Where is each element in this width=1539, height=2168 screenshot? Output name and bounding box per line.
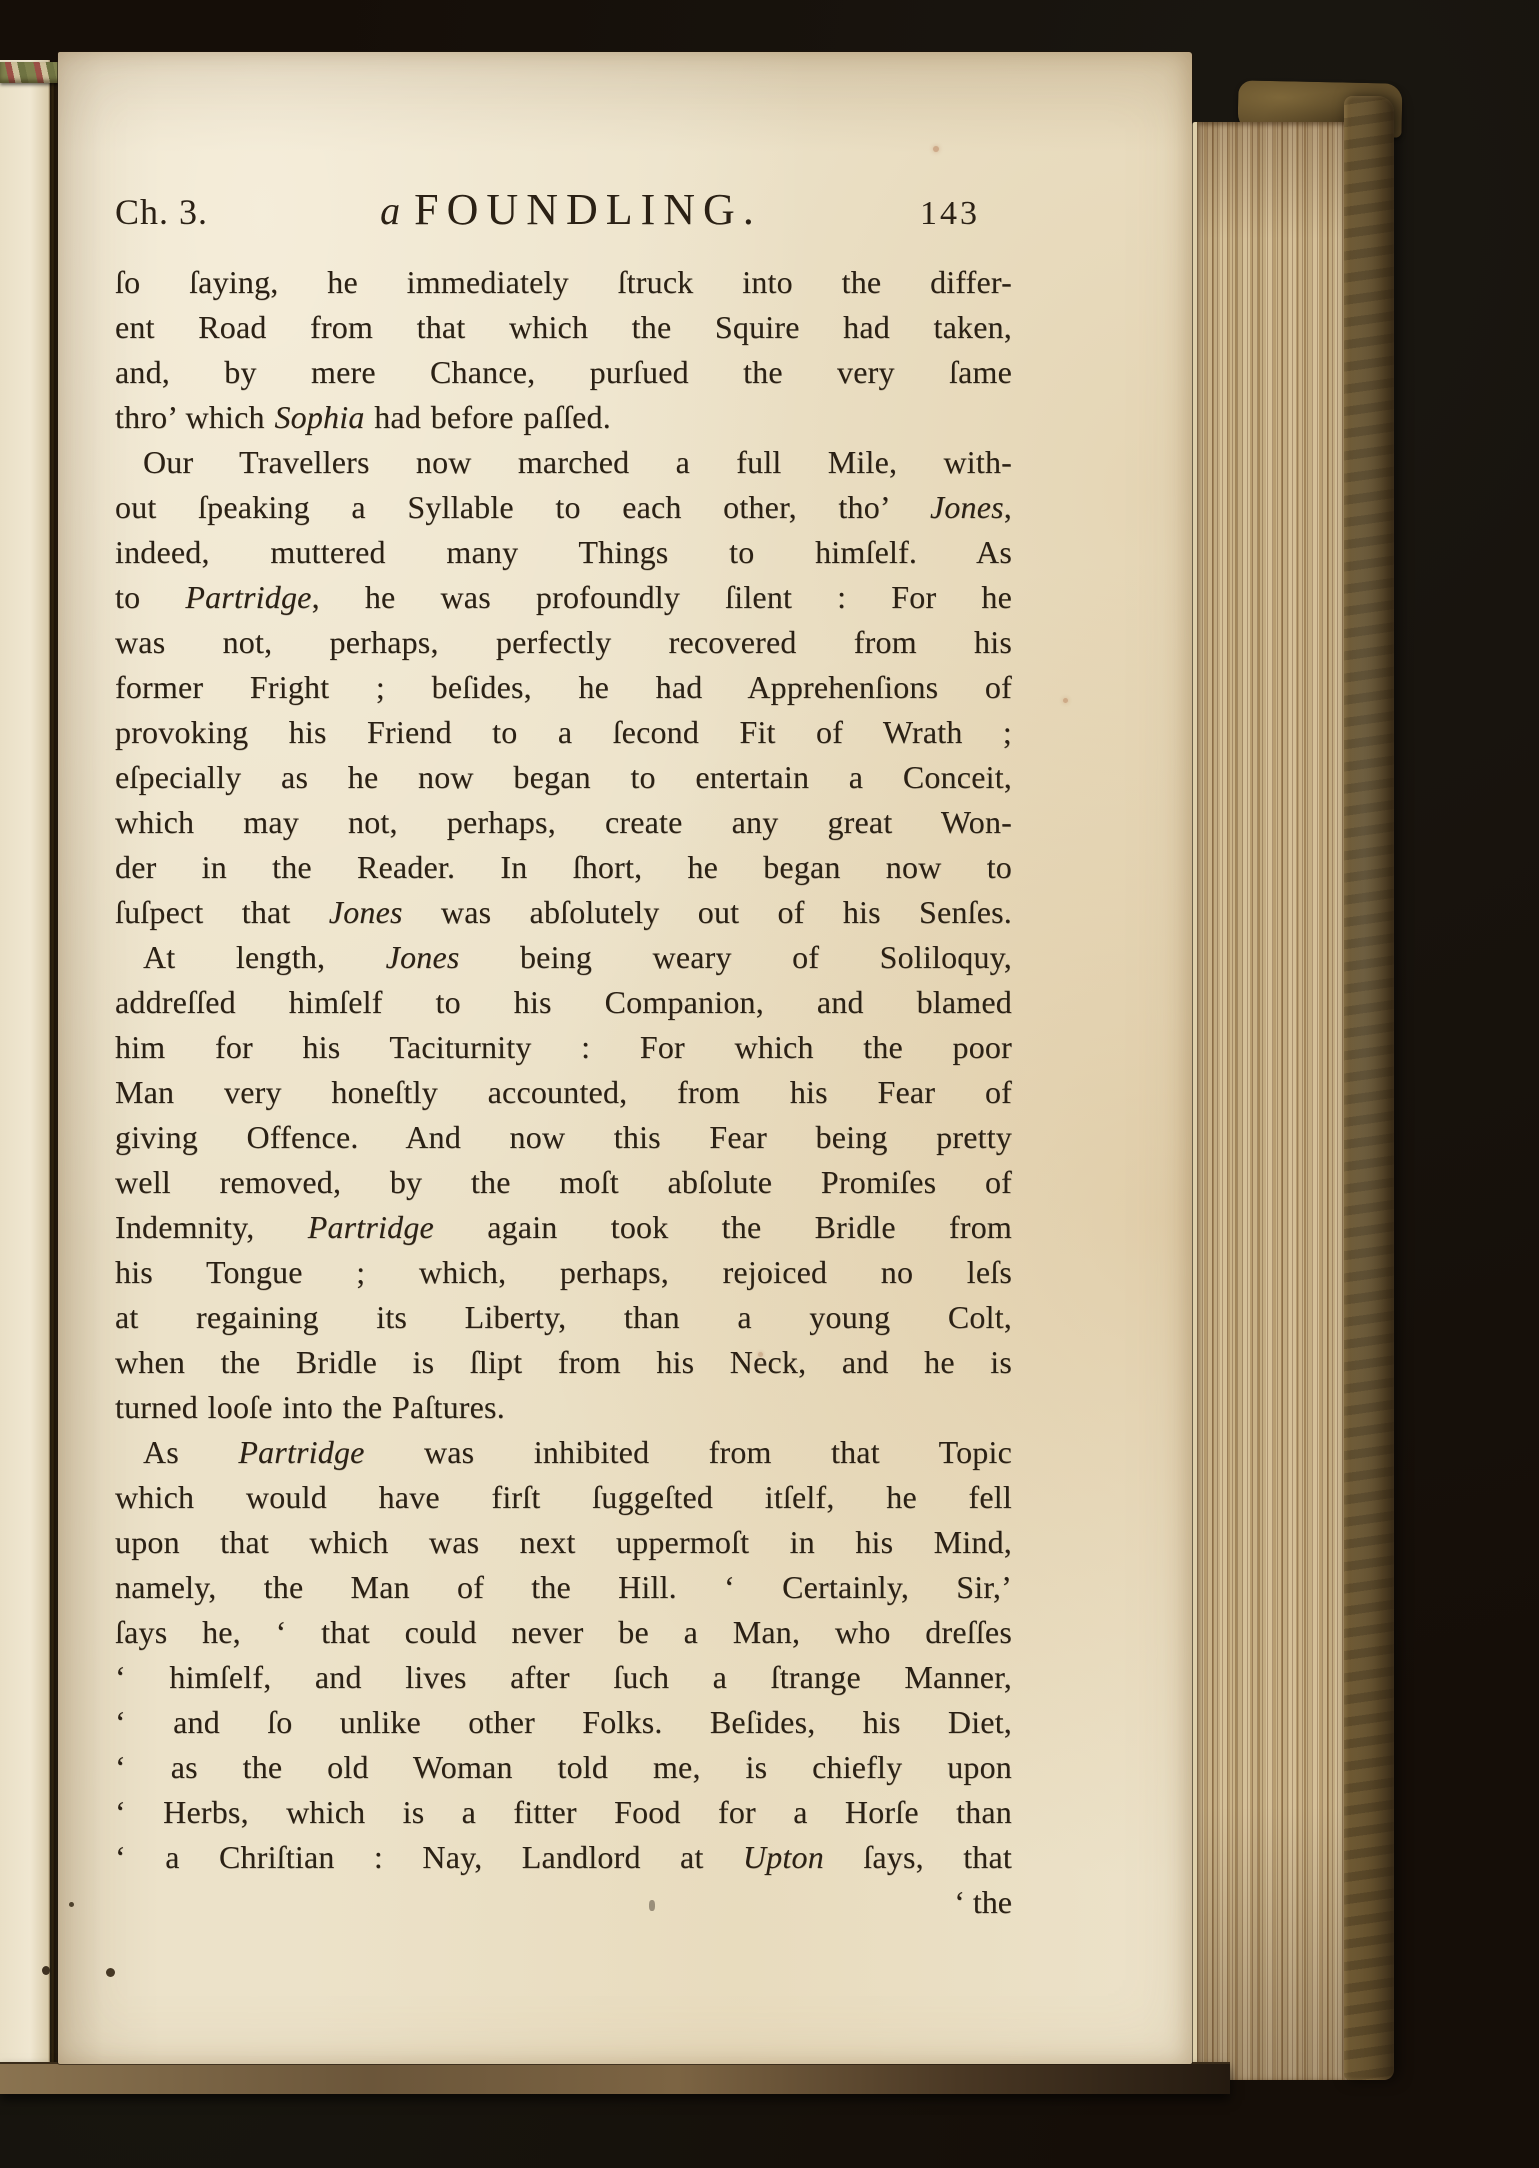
text-line: former Fright ; beſides, he had Apprehen… [115, 665, 1012, 710]
text-line: Man very honeſtly accounted, from his Fe… [115, 1070, 1012, 1115]
text-line: Our Travellers now marched a full Mile, … [115, 440, 1012, 485]
text-segment: Our Travellers now marched a full Mile, … [143, 444, 1012, 480]
wormhole [42, 1966, 50, 1975]
text-segment: at regaining its Liberty, than a young C… [115, 1299, 1012, 1335]
paragraph: ſo ſaying, he immediately ſtruck into th… [115, 260, 1012, 440]
text-segment: , [1004, 489, 1012, 525]
text-line: was not, perhaps, perfectly recovered fr… [115, 620, 1012, 665]
text-line: ſays he, ‘ that could never be a Man, wh… [115, 1610, 1012, 1655]
italic-text: Jones [930, 489, 1004, 525]
text-line: his Tongue ; which, perhaps, rejoiced no… [115, 1250, 1012, 1295]
gutter-shadow [49, 64, 58, 2064]
text-segment: had before paſſed. [365, 399, 611, 435]
text-line: indeed, muttered many Things to himſelf.… [115, 530, 1012, 575]
text-line: ‘ and ſo unlike other Folks. Beſides, hi… [115, 1700, 1012, 1745]
text-line: which may not, perhaps, create any great… [115, 800, 1012, 845]
text-segment: ſays he, ‘ that could never be a Man, wh… [115, 1614, 1012, 1650]
text-segment: ‘ himſelf, and lives after ſuch a ſtrang… [115, 1659, 1012, 1695]
chapter-label: Ch. 3. [115, 191, 208, 233]
text-segment: As [143, 1434, 238, 1470]
text-line: giving Offence. And now this Fear being … [115, 1115, 1012, 1160]
text-segment: eſpecially as he now began to entertain … [115, 759, 1012, 795]
text-segment: was inhibited from that Topic [365, 1434, 1012, 1470]
italic-text: Partridge [238, 1434, 364, 1470]
body-text: ſo ſaying, he immediately ſtruck into th… [115, 260, 1012, 1925]
cover-edge [1344, 96, 1394, 2080]
text-segment: was not, perhaps, perfectly recovered fr… [115, 624, 1012, 660]
text-segment: giving Offence. And now this Fear being … [115, 1119, 1012, 1155]
facing-page-sliver [0, 60, 50, 2064]
text-segment: namely, the Man of the Hill. ‘ Certainly… [115, 1569, 1012, 1605]
page-number: 143 [920, 195, 980, 233]
text-segment: indeed, muttered many Things to himſelf.… [115, 534, 1012, 570]
paragraph: At length, Jones being weary of Soliloqu… [115, 935, 1012, 1430]
text-segment: was abſolutely out of his Senſes. [403, 894, 1012, 930]
text-line: ſo ſaying, he immediately ſtruck into th… [115, 260, 1012, 305]
text-line: provoking his Friend to a ſecond Fit of … [115, 710, 1012, 755]
running-title-prefix: a [380, 188, 400, 233]
italic-text: Sophia [274, 399, 364, 435]
text-line: out ſpeaking a Syllable to each other, t… [115, 485, 1012, 530]
text-segment: to [115, 579, 185, 615]
text-segment: Man very honeſtly accounted, from his Fe… [115, 1074, 1012, 1110]
text-line: which would have firſt ſuggeſted itſelf,… [115, 1475, 1012, 1520]
text-line: ‘ himſelf, and lives after ſuch a ſtrang… [115, 1655, 1012, 1700]
text-segment: ſays, that [824, 1839, 1012, 1875]
text-segment: ‘ and ſo unlike other Folks. Beſides, hi… [115, 1704, 1012, 1740]
text-line: ent Road from that which the Squire had … [115, 305, 1012, 350]
text-line: As Partridge was inhibited from that Top… [115, 1430, 1012, 1475]
text-segment: which would have firſt ſuggeſted itſelf,… [115, 1479, 1012, 1515]
page-header: Ch. 3. aFOUNDLING. 143 [115, 184, 1012, 235]
text-line: ‘ a Chriſtian : Nay, Landlord at Upton ſ… [115, 1835, 1012, 1880]
text-line: turned looſe into the Paſtures. [115, 1385, 1012, 1430]
text-line: thro’ which Sophia had before paſſed. [115, 395, 1012, 440]
text-line: upon that which was next uppermoſt in hi… [115, 1520, 1012, 1565]
fore-edge-pages [1192, 122, 1349, 2080]
text-segment: thro’ which [115, 399, 274, 435]
text-line: to Partridge, he was profoundly ſilent :… [115, 575, 1012, 620]
running-title: aFOUNDLING. [380, 184, 762, 235]
text-segment: ſuſpect that [115, 894, 329, 930]
paragraph: Our Travellers now marched a full Mile, … [115, 440, 1012, 935]
text-line: At length, Jones being weary of Soliloqu… [115, 935, 1012, 980]
bottom-page-edges [0, 2062, 1230, 2094]
text-segment: which may not, perhaps, create any great… [115, 804, 1012, 840]
text-segment: addreſſed himſelf to his Companion, and … [115, 984, 1012, 1020]
text-segment: his Tongue ; which, perhaps, rejoiced no… [115, 1254, 1012, 1290]
text-line: addreſſed himſelf to his Companion, and … [115, 980, 1012, 1025]
foxing-spot [758, 1352, 763, 1357]
italic-text: Partridge [308, 1209, 434, 1245]
text-line: well removed, by the moſt abſolute Promi… [115, 1160, 1012, 1205]
foxing-spot [1063, 698, 1068, 703]
text-segment: out ſpeaking a Syllable to each other, t… [115, 489, 930, 525]
text-segment: being weary of Soliloquy, [460, 939, 1012, 975]
text-line: ſuſpect that Jones was abſolutely out of… [115, 890, 1012, 935]
text-line: Indemnity, Partridge again took the Brid… [115, 1205, 1012, 1250]
book-scan: { "header": { "chapter": "Ch. 3.", "titl… [0, 0, 1539, 2168]
text-segment: ſo ſaying, he immediately ſtruck into th… [115, 264, 1012, 300]
foxing-spot [933, 146, 939, 152]
text-line: ‘ Herbs, which is a fitter Food for a Ho… [115, 1790, 1012, 1835]
text-segment: again took the Bridle from [434, 1209, 1012, 1245]
catchword: ‘ the [115, 1880, 1012, 1925]
text-segment: provoking his Friend to a ſecond Fit of … [115, 714, 1012, 750]
paragraph: As Partridge was inhibited from that Top… [115, 1430, 1012, 1880]
book-page: Ch. 3. aFOUNDLING. 143 ſo ſaying, he imm… [58, 52, 1192, 2064]
text-segment: well removed, by the moſt abſolute Promi… [115, 1164, 1012, 1200]
text-segment: upon that which was next uppermoſt in hi… [115, 1524, 1012, 1560]
text-segment: At length, [143, 939, 386, 975]
text-line: ‘ as the old Woman told me, is chiefly u… [115, 1745, 1012, 1790]
italic-text: Partridge [185, 579, 311, 615]
ink-speck [69, 1902, 74, 1907]
italic-text: Jones [386, 939, 460, 975]
wormhole [106, 1968, 115, 1977]
ink-speck [649, 1900, 655, 1911]
text-line: and, by mere Chance, purſued the very ſa… [115, 350, 1012, 395]
text-line: at regaining its Liberty, than a young C… [115, 1295, 1012, 1340]
text-segment: turned looſe into the Paſtures. [115, 1389, 505, 1425]
text-segment: and, by mere Chance, purſued the very ſa… [115, 354, 1012, 390]
text-segment: ‘ as the old Woman told me, is chiefly u… [115, 1749, 1012, 1785]
running-title-text: FOUNDLING. [414, 185, 762, 234]
text-segment: ‘ a Chriſtian : Nay, Landlord at [115, 1839, 743, 1875]
text-line: der in the Reader. In ſhort, he began no… [115, 845, 1012, 890]
text-segment: former Fright ; beſides, he had Apprehen… [115, 669, 1012, 705]
text-segment: him for his Taciturnity : For which the … [115, 1029, 1012, 1065]
text-segment: Indemnity, [115, 1209, 308, 1245]
text-segment: der in the Reader. In ſhort, he began no… [115, 849, 1012, 885]
text-line: eſpecially as he now began to entertain … [115, 755, 1012, 800]
text-line: namely, the Man of the Hill. ‘ Certainly… [115, 1565, 1012, 1610]
text-segment: ‘ Herbs, which is a fitter Food for a Ho… [115, 1794, 1012, 1830]
italic-text: Upton [743, 1839, 824, 1875]
text-segment: ent Road from that which the Squire had … [115, 309, 1012, 345]
text-line: him for his Taciturnity : For which the … [115, 1025, 1012, 1070]
italic-text: Jones [329, 894, 403, 930]
text-segment: , he was profoundly ſilent : For he [312, 579, 1012, 615]
text-line: when the Bridle is ſlipt from his Neck, … [115, 1340, 1012, 1385]
text-segment: when the Bridle is ſlipt from his Neck, … [115, 1344, 1012, 1380]
